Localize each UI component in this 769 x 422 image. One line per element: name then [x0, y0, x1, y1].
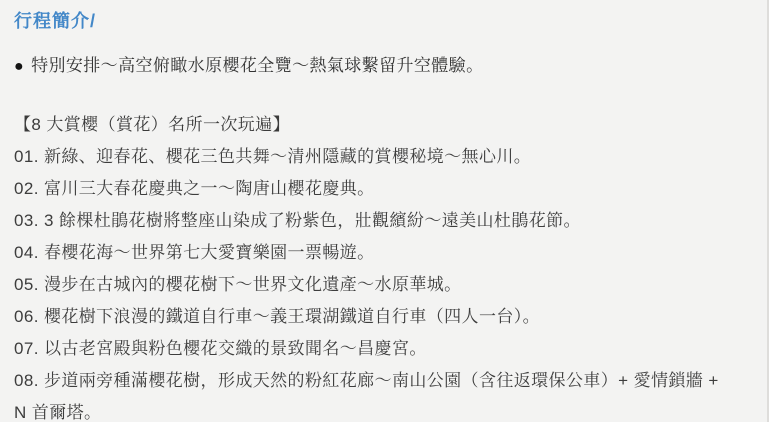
list-item: 08. 步道兩旁種滿櫻花樹，形成天然的粉紅花廊～南山公園（含往返環保公車）+ 愛…	[14, 365, 729, 422]
page: { "page": { "background": "#f3f3f2", "te…	[0, 0, 769, 422]
list-item: 02. 富川三大春花慶典之一～陶唐山櫻花慶典。	[14, 173, 729, 205]
list-item: 01. 新綠、迎春花、櫻花三色共舞～清州隱藏的賞櫻秘境～無心川。	[14, 141, 729, 173]
list-item: 07. 以古老宮殿與粉色櫻花交織的景致聞名～昌慶宮。	[14, 333, 729, 365]
bullet-icon: ●	[14, 58, 24, 75]
list-item: 06. 櫻花樹下浪漫的鐵道自行車～義王環湖鐵道自行車（四人一台）。	[14, 301, 729, 333]
list-item: 03. 3 餘棵杜鵑花樹將整座山染成了粉紫色，壯觀繽紛～遠美山杜鵑花節。	[14, 205, 729, 237]
list-item: 05. 漫步在古城內的櫻花樹下～世界文化遺產～水原華城。	[14, 269, 729, 301]
cherry-blossom-list-header: 【8 大賞櫻（賞花）名所一次玩遍】	[14, 109, 729, 141]
itinerary-document: 行程簡介/ ●特別安排～高空俯瞰水原櫻花全覽～熱氣球繫留升空體驗。 【8 大賞櫻…	[0, 0, 767, 422]
list-item: 04. 春櫻花海～世界第七大愛寶樂園一票暢遊。	[14, 237, 729, 269]
special-arrangement-text: 特別安排～高空俯瞰水原櫻花全覽～熱氣球繫留升空體驗。	[31, 56, 483, 75]
special-arrangement-line: ●特別安排～高空俯瞰水原櫻花全覽～熱氣球繫留升空體驗。	[14, 50, 729, 83]
attraction-list: 01. 新綠、迎春花、櫻花三色共舞～清州隱藏的賞櫻秘境～無心川。 02. 富川三…	[14, 141, 729, 422]
itinerary-intro-title: 行程簡介/	[14, 10, 729, 32]
